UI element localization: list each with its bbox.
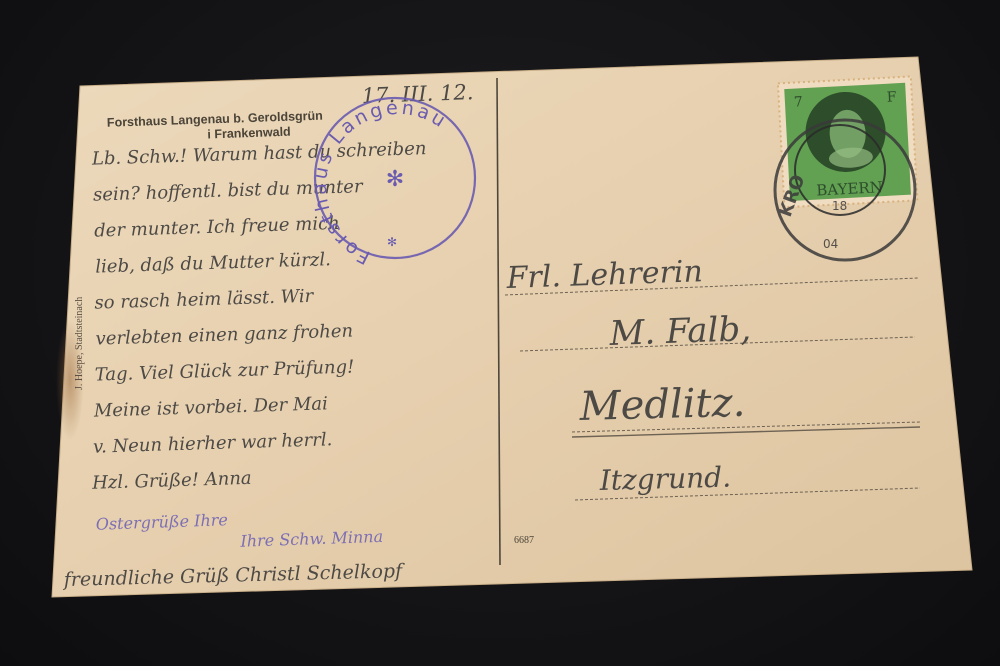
cachet-star-icon: ✻	[386, 166, 404, 191]
address-line3: Medlitz.	[578, 380, 746, 430]
address-line1: Frl. Lehrerin	[505, 254, 703, 296]
address-line2: M. Falb,	[608, 309, 752, 354]
cachet-small-star-icon: ✻	[387, 235, 397, 249]
postmark-time: 04	[823, 237, 838, 251]
stamp-denomination: 7	[794, 94, 804, 110]
stamp-denomination-unit: F	[886, 89, 897, 106]
catalog-number: 6687	[514, 535, 534, 546]
printed-header-line2: i Frankenwald	[207, 125, 291, 142]
publisher-imprint: J. Hoepe, Stadtsteinach	[74, 297, 85, 390]
postcard: Forsthaus Langenau b. Geroldsgrün i Fran…	[0, 0, 1000, 666]
address-line4: Itzgrund.	[598, 461, 731, 497]
stamp-country: BAYERN	[816, 178, 883, 199]
postmark-day: 18	[832, 199, 847, 213]
